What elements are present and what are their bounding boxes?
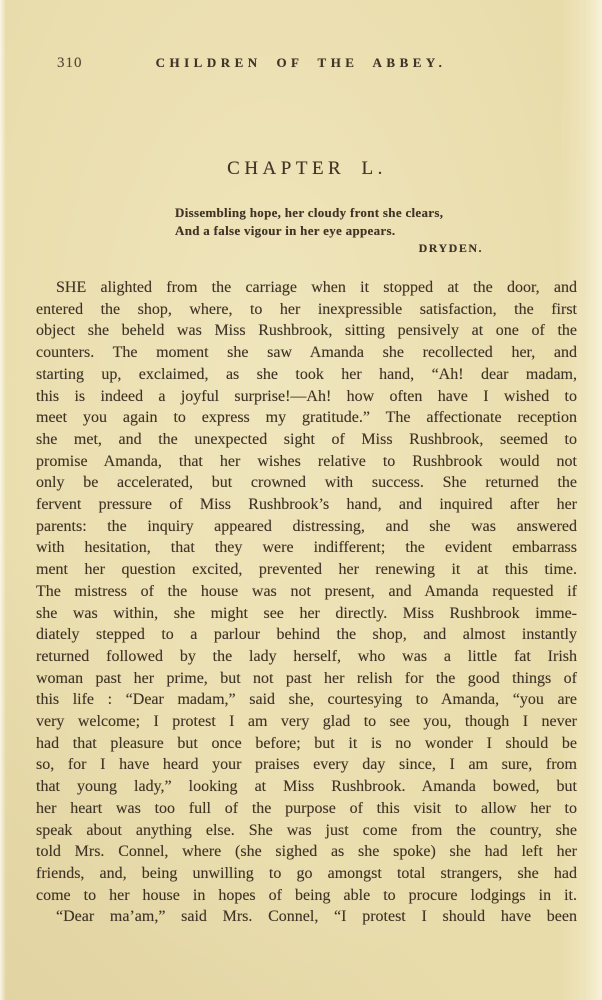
text-line: speak about anything else. She was just … (36, 820, 577, 842)
text-line: fervent pressure of Miss Rushbrook’s han… (36, 494, 577, 516)
text-line: friends, and, being unwilling to go amon… (36, 863, 577, 885)
text-line: meet you again to express my gratitude.”… (36, 407, 577, 429)
text-line: this is indeed a joyful surprise!—Ah! ho… (36, 386, 577, 408)
epigraph-line: Dissembling hope, her cloudy front she c… (175, 204, 483, 222)
text-line: entered the shop, where, to her inexpres… (36, 299, 577, 321)
running-header: 310 CHILDREN OF THE ABBEY. (36, 55, 578, 71)
text-line: starting up, exclaimed, as she took her … (36, 364, 577, 386)
text-line: she met, and the unexpected sight of Mis… (36, 429, 577, 451)
text-line: object she beheld was Miss Rushbrook, si… (36, 320, 577, 342)
text-line: with hesitation, that they were indiffer… (36, 537, 577, 559)
text-line: promise Amanda, that her wishes relative… (36, 451, 577, 473)
text-line: very welcome; I protest I am very glad t… (36, 711, 577, 733)
text-line: returned followed by the lady herself, w… (36, 646, 577, 668)
text-line: The mistress of the house was not presen… (36, 581, 577, 603)
book-page: 310 CHILDREN OF THE ABBEY. CHAPTER L. Di… (0, 0, 602, 1000)
epigraph-line: And a false vigour in her eye appears. (175, 222, 483, 240)
text-line: only be accelerated, but crowned with su… (36, 472, 577, 494)
text-line: woman past her prime, but not past her r… (36, 668, 577, 690)
text-line: ment her question excited, prevented her… (36, 559, 577, 581)
text-line: SHE alighted from the carriage when it s… (36, 277, 577, 299)
text-line: had that pleasure but once before; but i… (36, 733, 577, 755)
text-line: her heart was too full of the purpose of… (36, 798, 577, 820)
text-line: this life : “Dear madam,” said she, cour… (36, 689, 577, 711)
body-text: SHE alighted from the carriage when it s… (36, 277, 577, 928)
text-line: she was within, she might see her direct… (36, 603, 577, 625)
chapter-heading: CHAPTER L. (36, 158, 578, 180)
epigraph: Dissembling hope, her cloudy front she c… (175, 204, 483, 256)
text-line: come to her house in hopes of being able… (36, 885, 577, 907)
text-line: told Mrs. Connel, where (she sighed as s… (36, 841, 577, 863)
text-line: that young lady,” looking at Miss Rushbr… (36, 776, 577, 798)
running-title: CHILDREN OF THE ABBEY. (36, 55, 566, 71)
text-line: diately stepped to a parlour behind the … (36, 624, 577, 646)
text-line: counters. The moment she saw Amanda she … (36, 342, 577, 364)
text-line: so, for I have heard your praises every … (36, 754, 577, 776)
epigraph-attribution: DRYDEN. (175, 241, 483, 256)
text-line: parents: the inquiry appeared distressin… (36, 516, 577, 538)
text-line: “Dear ma’am,” said Mrs. Connel, “I prote… (36, 906, 577, 928)
